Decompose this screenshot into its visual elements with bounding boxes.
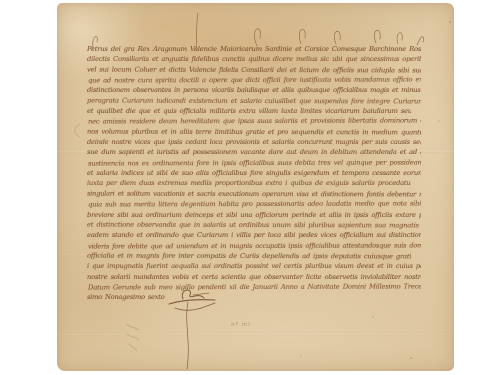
- margin-hook-mark: [70, 122, 84, 140]
- manuscript-text-line: nec amissis residere deum hereditatem qu…: [88, 116, 421, 127]
- manuscript-text-line: quia sub sua merita littera degentium ha…: [88, 199, 421, 210]
- manuscript-text-line: et distinctione observandis que in salar…: [87, 219, 421, 230]
- manuscript-photo: Petrus dei gra Rex Aragonum Valencie Mai…: [0, 0, 500, 375]
- manuscript-text-line: sustinencia nos ex ordinamenta fore in i…: [88, 157, 421, 168]
- notarial-paraph-mark: [163, 287, 253, 373]
- manuscript-text-line: et salaria indices ut sibi de suo aliis …: [87, 168, 421, 178]
- manuscript-text-line: peragrata Curiarum iudicandi existencium…: [87, 95, 421, 106]
- manuscript-text-line: officialia et in magnis fore inter compa…: [87, 250, 411, 261]
- manuscript-text-line: eadem stando et ordinando que Curiarum i…: [87, 230, 421, 240]
- manuscript-text-line: sue dum sapienti et iuristis ad possessi…: [87, 147, 421, 157]
- manuscript-text-line: nos volumus pluribus et in aliis terre l…: [87, 126, 421, 137]
- manuscript-text-line: nostre solarii mandantes vobis et certa …: [87, 272, 421, 282]
- manuscript-text-line: iuxta per diem duas extremas mediis prop…: [87, 178, 411, 188]
- manuscript-text-line: breviore sibi sua ordinarium deinceps et…: [87, 210, 421, 220]
- signature-tail-stroke: [187, 302, 189, 369]
- manuscript-text-line: deinde nostre vices que ipsis cedant loc…: [87, 137, 421, 147]
- manuscript-text-block: Petrus dei gra Rex Aragonum Valencie Mai…: [87, 44, 421, 306]
- manuscript-text-line: videris fore debite que ad uniendum et i…: [88, 240, 421, 251]
- manuscript-text-line: dilectis Consiliariis et angustis fideli…: [87, 54, 421, 64]
- manuscript-text-line: Datum Gerunde sub meo sigillo pendenti x…: [88, 281, 421, 292]
- manuscript-text-line: distinctionem observantes in persona vic…: [87, 85, 421, 95]
- manuscript-text-line: que ad nostre cura spiritu doctili a ope…: [88, 75, 421, 86]
- pencil-scribble-mark: [112, 320, 152, 360]
- paper-specks: [0, 0, 2, 2]
- manuscript-text-line: simo Nonagesimo sexto: [87, 292, 421, 302]
- docket-mark: nº mi: [231, 322, 251, 328]
- first-line-ascenders-flourish: [85, 10, 425, 52]
- manuscript-text-line: i que impugnatis fuerint aequalia sui or…: [87, 261, 421, 271]
